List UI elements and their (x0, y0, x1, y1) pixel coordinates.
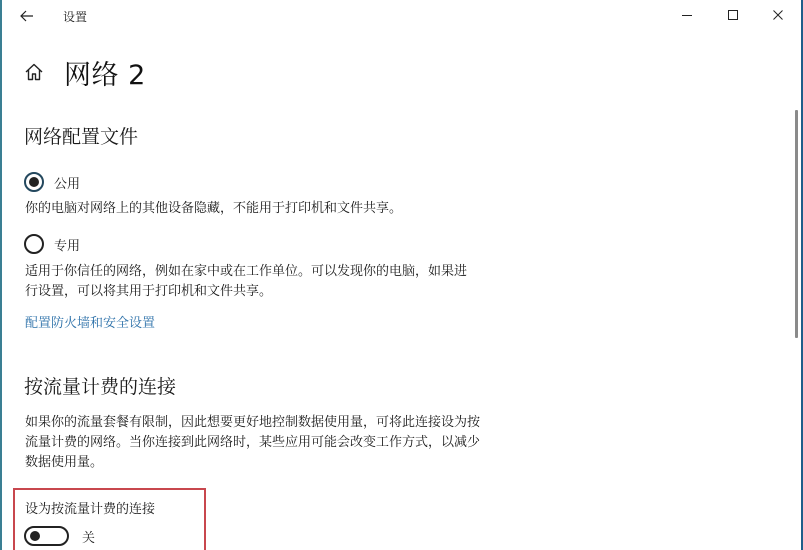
toggle-state-label: 关 (82, 527, 95, 546)
maximize-button[interactable] (710, 0, 756, 30)
maximize-icon (727, 9, 739, 21)
network-profile-heading: 网络配置文件 (24, 122, 138, 149)
home-button[interactable] (22, 60, 46, 84)
back-arrow-icon (20, 10, 34, 22)
minimize-icon (681, 9, 693, 21)
minimize-button[interactable] (664, 0, 710, 30)
radio-checked-icon[interactable] (24, 172, 44, 192)
close-icon (772, 9, 784, 21)
metered-toggle-switch[interactable] (24, 526, 69, 546)
vertical-scrollbar[interactable] (795, 110, 798, 338)
toggle-knob (30, 531, 40, 541)
radio-public-label: 公用 (54, 173, 80, 192)
title-bar: 设置 (2, 0, 801, 32)
page-title: 网络 2 (64, 53, 146, 92)
metered-toggle-label: 设为按流量计费的连接 (25, 498, 155, 517)
radio-private-label: 专用 (54, 235, 80, 254)
page-header: 网络 2 (22, 52, 146, 92)
radio-public[interactable]: 公用 (24, 172, 80, 192)
app-title: 设置 (63, 8, 87, 25)
home-icon (24, 62, 44, 82)
radio-unchecked-icon[interactable] (24, 234, 44, 254)
window-border-left (0, 0, 2, 550)
radio-private[interactable]: 专用 (24, 234, 80, 254)
firewall-settings-link[interactable]: 配置防火墙和安全设置 (25, 312, 155, 331)
radio-dot (29, 177, 39, 187)
metered-description: 如果你的流量套餐有限制，因此想要更好地控制数据使用量，可将此连接设为按流量计费的… (25, 413, 480, 473)
close-button[interactable] (755, 0, 801, 30)
private-description: 适用于你信任的网络，例如在家中或在工作单位。可以发现你的电脑，如果进行设置，可以… (25, 262, 477, 302)
metered-connection-heading: 按流量计费的连接 (24, 372, 176, 399)
public-description: 你的电脑对网络上的其他设备隐藏，不能用于打印机和文件共享。 (25, 199, 485, 219)
metered-toggle-row[interactable]: 关 (24, 526, 95, 546)
back-button[interactable] (14, 3, 40, 29)
